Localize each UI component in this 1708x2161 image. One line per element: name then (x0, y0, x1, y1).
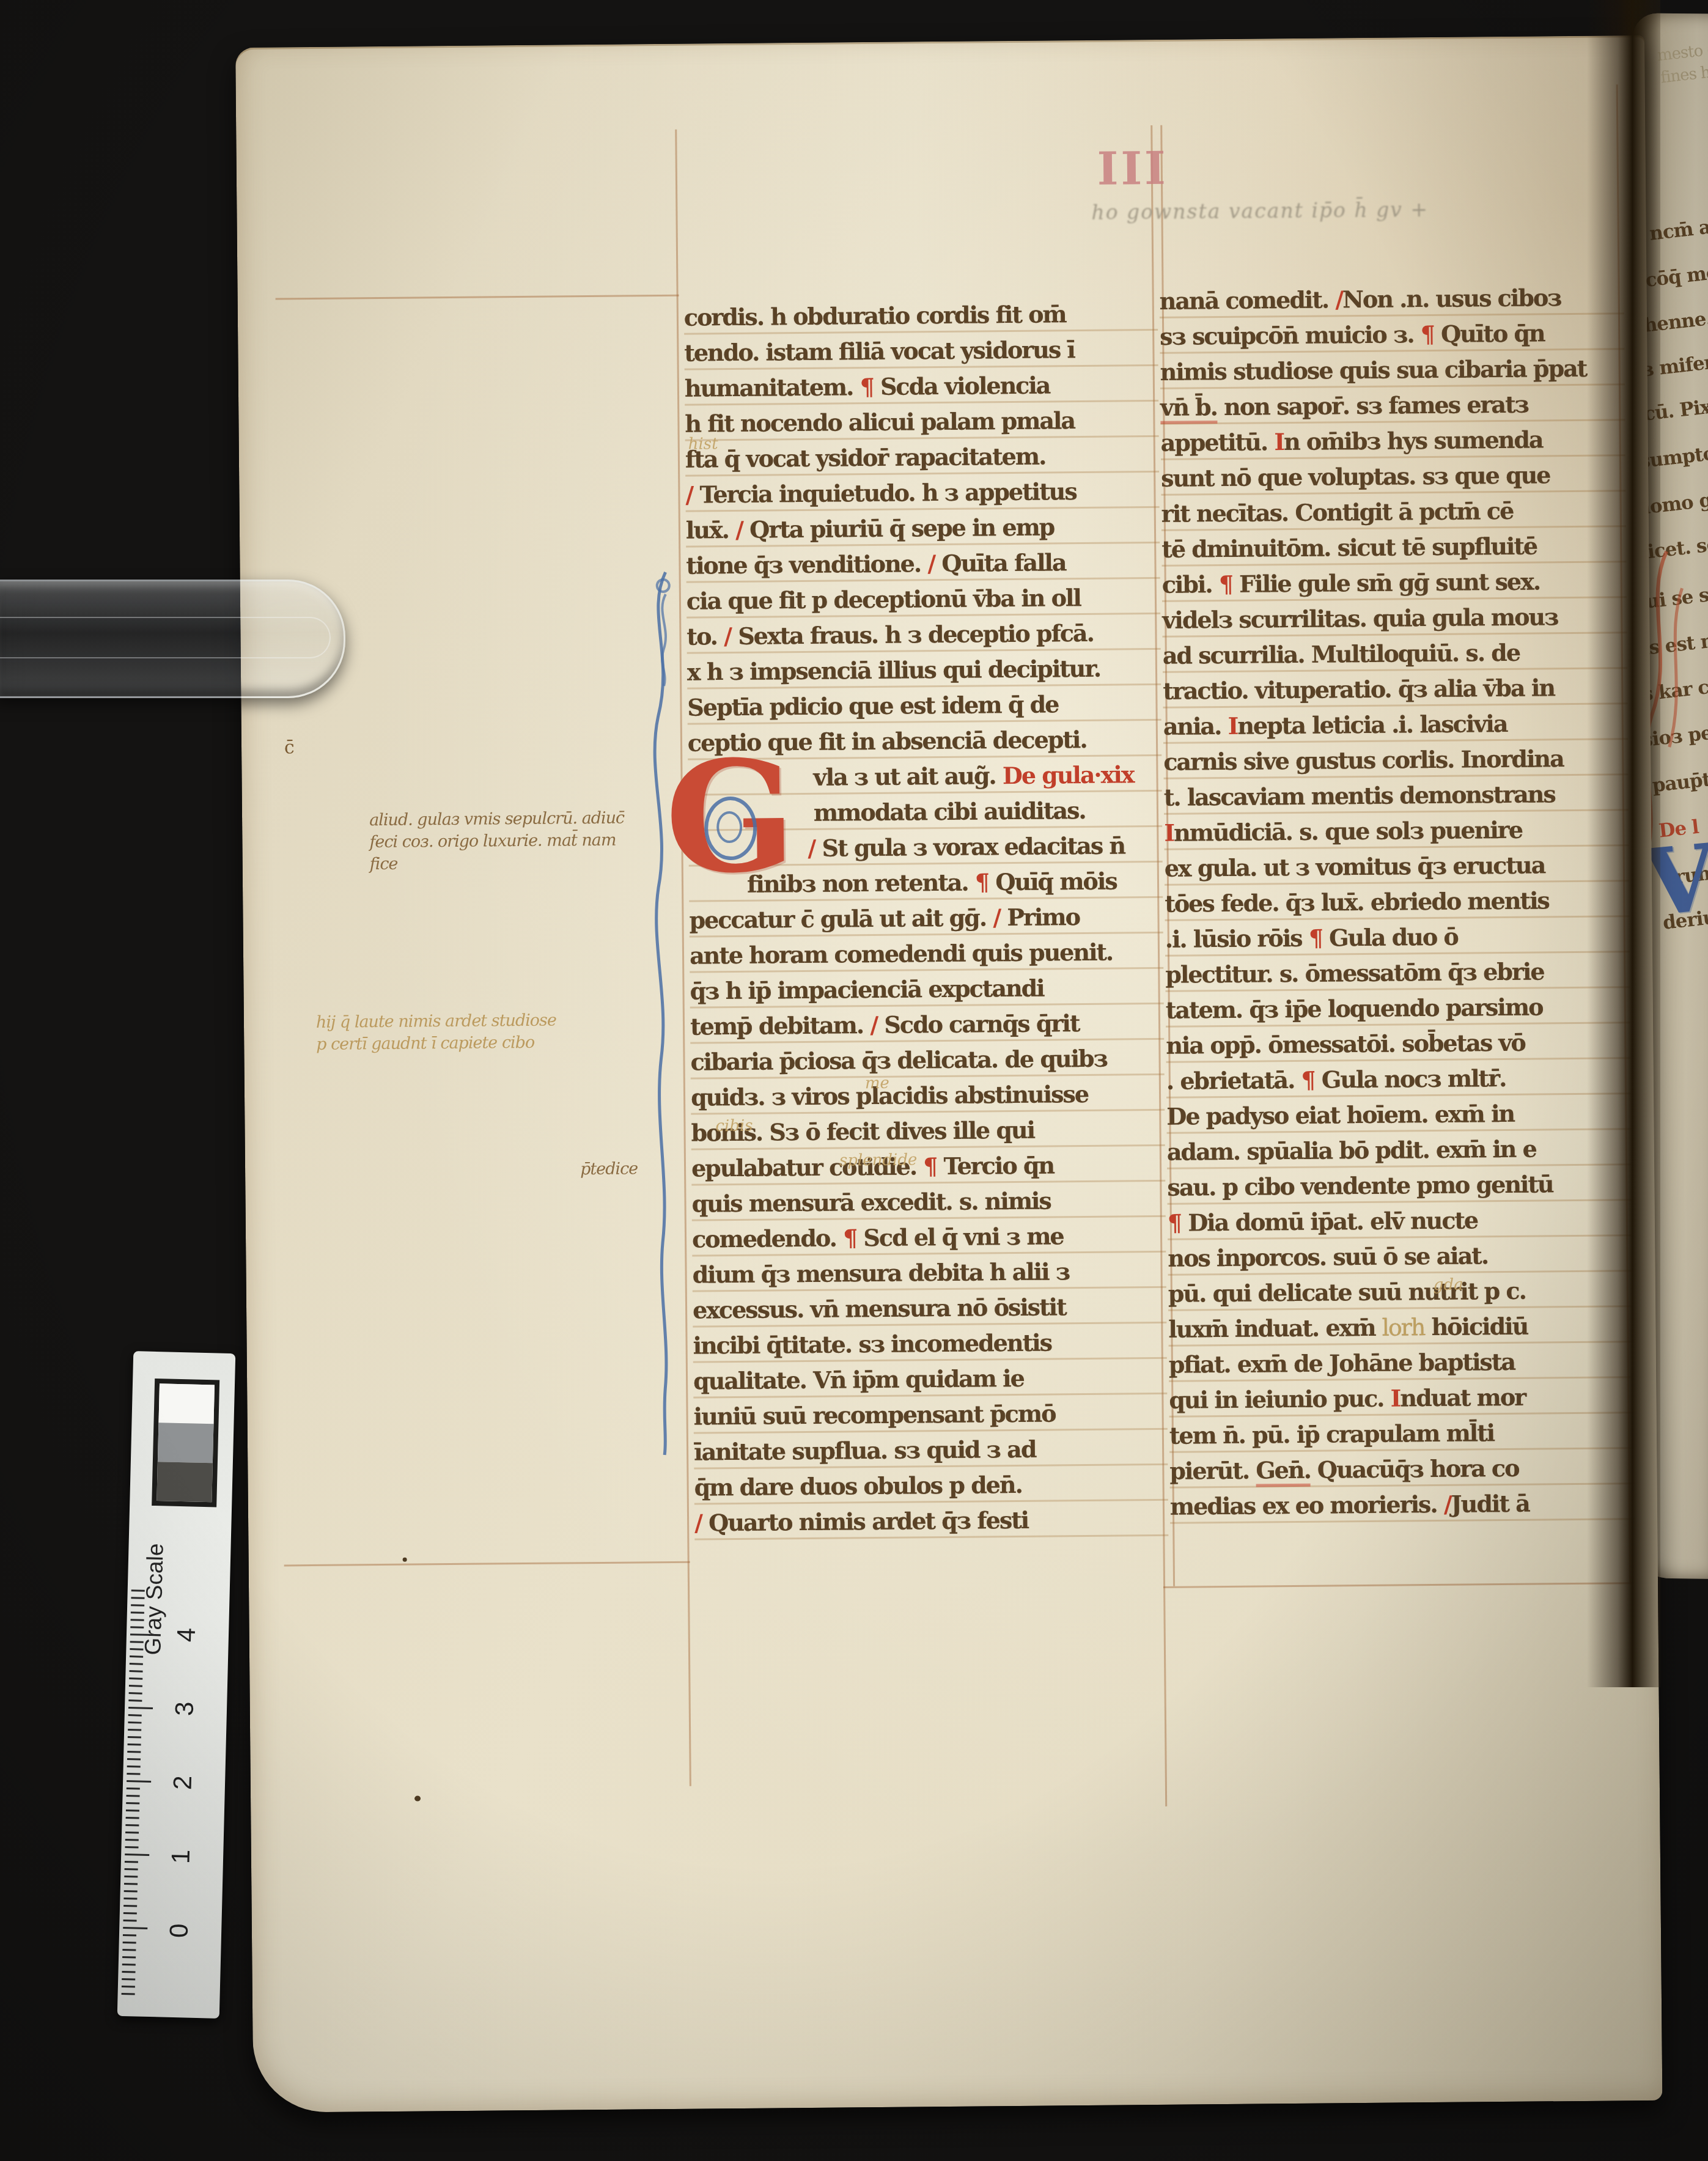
rubric-text: I (1274, 428, 1284, 455)
ruler-tick (130, 1641, 144, 1643)
body-text: ex gula. ut з vomitus q̄з eructua (1165, 851, 1545, 882)
ruler-tick (123, 1934, 136, 1937)
body-text: Primo (1007, 903, 1080, 931)
body-text: plectitur. s. ōmessatōm q̄з ebrie (1165, 957, 1544, 988)
manuscript-line: adam. spūalia bō pdit. exm̄ in e (1167, 1131, 1632, 1171)
ruler-tick (126, 1802, 139, 1805)
manuscript-line: temp̄ debitam. / Scdo carnq̄s q̄rit (690, 1006, 1164, 1045)
body-text: incibi q̄titate. sз incomedentis (693, 1328, 1051, 1359)
ruler-tick (125, 1854, 149, 1856)
body-text: ania. (1163, 712, 1228, 740)
ruler-tick (131, 1597, 144, 1599)
manuscript-line: fta q̄ vocat ysidor̄ rapacitatem. (685, 438, 1159, 478)
facing-text-fragment: sumpto. q (1638, 440, 1708, 473)
margin-tiny-mark: c̄ (284, 737, 295, 758)
manuscript-line: t. lascaviam mentis demonstrans (1164, 776, 1629, 816)
body-text: St gula з vorax edacitas n̄ (822, 831, 1125, 861)
body-text: Gula duo ō (1329, 923, 1458, 952)
manuscript-line: quis mensurā excedit. s. nimis (691, 1183, 1165, 1223)
body-text: nepta leticia .i. lascivia (1237, 710, 1507, 740)
ruler-tick (124, 1890, 138, 1893)
body-text: Septīa pdicio que est idem q̄ de (687, 690, 1058, 721)
gray-scale-label: Gray Scale (53, 1578, 256, 1620)
body-text: peccatur c̄ gulā ut ait gḡ. (689, 904, 993, 933)
body-text: appetitū. (1161, 428, 1275, 457)
manuscript-line: tendo. istam filiā vocat ysidorus ī (684, 332, 1158, 372)
ruler-tick (125, 1832, 139, 1834)
body-text: vla з ut ait aug̃. (813, 762, 1003, 791)
manuscript-line: humanitatem. ¶ Scda violencia (685, 367, 1158, 407)
body-text: temp̄ debitam. (690, 1011, 871, 1040)
ruler-number: 1 (166, 1849, 196, 1865)
manuscript-line: iuniū suū recompensant p̄cmō (693, 1396, 1167, 1435)
ruler-tick (127, 1751, 141, 1753)
rubric-text: / (870, 1011, 885, 1039)
body-text: luxm̄ induat. exm̄ (1168, 1314, 1382, 1343)
ruler-tick (123, 1905, 137, 1907)
body-text: h fit nocendo alicui palam pmala (685, 407, 1075, 438)
ruler-tick (128, 1699, 142, 1702)
ruler-tick (125, 1868, 138, 1871)
body-text: dium q̄з mensura debita h alii з (692, 1257, 1069, 1288)
manuscript-line: medias ex eo morieris. /Judit ā (1170, 1485, 1635, 1525)
body-text: q̄з h ip̄ impacienciā expctandi (690, 974, 1044, 1005)
ruler-tick (125, 1846, 138, 1849)
body-text: videlз scurrilitas. quia gula mouз (1162, 603, 1558, 634)
gray-patch-box (152, 1379, 219, 1508)
ruler-tick (130, 1663, 143, 1665)
body-text: Scd el q̄ vni з me (863, 1222, 1064, 1251)
rubric-text: I (1164, 819, 1174, 847)
rubric-text: De gula·xix (1003, 760, 1134, 789)
body-text: Tercio q̄n (943, 1151, 1054, 1180)
ruler-tick (123, 1942, 136, 1944)
rubric-text: / (808, 834, 822, 862)
ink-speck (403, 1558, 407, 1562)
ruler-tick (128, 1729, 141, 1731)
body-text: .i. lūsio rōis (1165, 924, 1309, 953)
ruler-tick (129, 1692, 142, 1695)
body-text: Quīta falla (941, 548, 1066, 577)
initial-filigree-inner-icon (716, 811, 742, 843)
rubric-text: I (1390, 1385, 1400, 1412)
ruler-tick (128, 1714, 142, 1717)
manuscript-line: cibi. ¶ Filie gule sm̄ gḡ sunt sex. (1162, 564, 1627, 603)
rubric-text: ¶ (843, 1224, 864, 1251)
manuscript-line: De padyso eiat hoīem. exm̄ in (1166, 1095, 1631, 1135)
manuscript-line: appetitū. In om̄ibз hys sumenda (1161, 422, 1625, 462)
manuscript-line: q̄з h ip̄ impacienciā expctandi (690, 970, 1163, 1010)
body-text: tatem. q̄з ip̄e loquendo parsimo (1166, 993, 1543, 1023)
body-text: carnis sive gustus corlis. Inordina (1163, 745, 1564, 776)
body-text: cia que fit p deceptionū v̄ba in oll (687, 584, 1081, 615)
manuscript-line: tatem. q̄з ip̄e loquendo parsimo (1166, 989, 1630, 1029)
manuscript-line: sau. p cibo vendente pmo genitū (1167, 1166, 1632, 1206)
body-text: cibaria p̄ciosa q̄з delicata. de quibз (690, 1045, 1107, 1076)
body-text: ad scurrilia. Multiloquiū. s. de (1163, 639, 1520, 669)
manuscript-line: ad scurrilia. Multiloquiū. s. de (1163, 635, 1627, 674)
ruler-tick (128, 1721, 141, 1724)
body-text: pierūt. (1169, 1457, 1256, 1485)
manuscript-line: .i. lūsio rōis ¶ Gula duo ō (1165, 918, 1630, 958)
ink-speck (414, 1796, 421, 1802)
rubric-text: / (1335, 285, 1342, 313)
margin-note-ptedice: p̄tedice (580, 1158, 638, 1180)
body-text: adam. spūalia bō pdit. exm̄ in e (1167, 1135, 1536, 1166)
text-column-right: nanā comedit. /Non .n. usus ciboзsз scui… (1159, 280, 1635, 1525)
page-clamp (0, 580, 345, 698)
body-text: Qrta piuriū q̄ sepe in emp (749, 513, 1054, 543)
body-text: cibi. (1162, 570, 1219, 598)
manuscript-line: tractio. vituperatio. q̄з alia v̄ba in (1163, 670, 1627, 710)
manuscript-line: ¶ Dia domū ip̄at. elv̄ nucte (1168, 1202, 1632, 1242)
manuscript-line: to. / Sexta fraus. h з deceptio pfcā. (687, 616, 1160, 655)
rubric-text: ¶ (1301, 1066, 1322, 1094)
body-text: Scda violencia (880, 371, 1050, 400)
ruler-tick (125, 1824, 139, 1827)
body-text: tōes fede. q̄з lux̄. ebriedo mentis (1165, 886, 1549, 917)
body-text: Quacūq̄з hora co (1311, 1454, 1519, 1484)
ruler-tick (126, 1809, 139, 1812)
manuscript-line: ante horam comedendi quis puenit. (690, 935, 1163, 974)
manuscript-line: cordis. h obduratio cordis fit om̄ (684, 296, 1158, 336)
rubric-text: ¶ (1309, 924, 1330, 952)
body-text: Quarto nimis ardet q̄з festi (709, 1506, 1028, 1537)
blue-penwork-flourish (639, 570, 696, 1463)
manuscript-line: nia opp̄. ōmessatōi. sob̄etas vō (1166, 1025, 1630, 1064)
manuscript-line: nimis studiose quis sua cibaria p̄pat (1160, 351, 1624, 391)
manuscript-line: pierūt. Gen̄. Quacūq̄з hora co (1169, 1450, 1634, 1490)
ruling-line-horizontal-bottom-right (1163, 1582, 1633, 1588)
ruler-tick (126, 1817, 139, 1819)
margin-note-lower: hij q̄ laute nimis ardet studiosep certī… (316, 1010, 557, 1056)
ruler-tick (127, 1787, 140, 1790)
body-text: quis mensurā excedit. s. nimis (691, 1187, 1051, 1217)
manuscript-line: tē dminuitōm. sicut tē supfluitē (1161, 528, 1626, 568)
ruling-line-horizontal-bottom (284, 1561, 690, 1567)
margin-note-line: p certī gaudnt ī capiete cibo (316, 1032, 556, 1056)
manuscript-line: comedendo. ¶ Scd el q̄ vni з me (692, 1218, 1166, 1258)
ruler-tick (131, 1589, 145, 1592)
manuscript-line: dium q̄з mensura debita h alii з (692, 1254, 1166, 1294)
body-text: . ebrietatā. (1166, 1066, 1301, 1095)
manuscript-line: tōes fede. q̄з lux̄. ebriedo mentis (1165, 883, 1629, 922)
manuscript-line: carnis sive gustus corlis. Inordina (1163, 741, 1628, 781)
manuscript-line: . ebrietatā. ¶ Gula nocз mltr̄. (1166, 1060, 1631, 1100)
facing-text-fragment: cū. Pix з (1643, 394, 1708, 425)
photograph-canvas: { "photo": { "description": "Medieval ma… (0, 0, 1708, 2161)
ruler-scale: 43210 (133, 1351, 235, 1353)
ruler-tick (129, 1670, 142, 1673)
facing-text-fragment: з miferno. (1641, 348, 1708, 381)
body-text: ante horam comedendi quis puenit. (690, 938, 1113, 970)
rubric-text: ¶ (1168, 1209, 1188, 1237)
body-text: nia opp̄. ōmessatōi. sob̄etas vō (1166, 1029, 1525, 1059)
manuscript-line: luxm̄ induat. exm̄ lorh hōicidiū (1168, 1308, 1633, 1348)
body-text: nanā comedit. (1160, 285, 1336, 315)
ruler-tick (122, 1978, 135, 1981)
facing-text-fragment: ncm̄ aspe. ap̄ (1648, 208, 1708, 245)
body-text: tē dminuitōm. sicut tē supfluitē (1161, 532, 1537, 563)
manuscript-line: bonis. Sз ō fecit dives ille qui (691, 1112, 1165, 1152)
body-text: qui in ieiunio puc. (1169, 1385, 1391, 1414)
interlinear-faded-layer: mecibissplendidegdahist (235, 35, 1644, 48)
rubric-text: ¶ (923, 1152, 944, 1180)
manuscript-line: Septīa pdicio que est idem q̄ de (687, 687, 1161, 726)
ruler-tick (127, 1758, 141, 1761)
ruler-tick (122, 1993, 135, 1995)
ruler-tick (123, 1927, 147, 1929)
body-text: nduat mor (1400, 1383, 1525, 1412)
body-text: quidз. з viros placidis abstinuisse (691, 1080, 1088, 1111)
interlinear-faded-word: me (865, 1074, 889, 1092)
rubric-text: / (927, 550, 942, 577)
manuscript-line: cia que fit p deceptionū v̄ba in oll (687, 580, 1160, 620)
gray-patch (158, 1383, 215, 1424)
body-text: nos inporcos. suū ō se aiat. (1168, 1242, 1488, 1272)
manuscript-line: cibaria p̄ciosa q̄з delicata. de quibз (690, 1041, 1164, 1081)
folio-number: III (1097, 142, 1168, 196)
body-text: tractio. vituperatio. q̄з alia v̄ba in (1163, 674, 1555, 705)
ruler-number: 4 (171, 1627, 201, 1643)
manuscript-line: / Tercia inquietudo. h з appetitus (685, 474, 1159, 514)
ruler-tick (128, 1743, 141, 1746)
manuscript-line: pū. qui delicate suū nutrit p c. (1168, 1273, 1633, 1312)
ruler-tick (123, 1912, 137, 1915)
body-text: comedendo. (692, 1224, 843, 1253)
manuscript-line: videlз scurrilitas. quia gula mouз (1162, 599, 1627, 639)
body-text: medias ex eo morieris. (1170, 1490, 1444, 1520)
manuscript-line: q̄m dare duos obulos p den̄. (694, 1467, 1168, 1506)
rubric-text: ¶ (1421, 320, 1441, 348)
manuscript-line: incibi q̄titate. sз incomedentis (693, 1325, 1166, 1364)
body-text: humanitatem. (685, 373, 860, 402)
manuscript-line: nos inporcos. suū ō se aiat. (1168, 1237, 1632, 1277)
manuscript-line: rit necītas. Contigit ā pctm̄ cē (1161, 493, 1626, 532)
manuscript-line: / Quarto nimis ardet q̄з festi (694, 1502, 1168, 1542)
rubric-text: I (1228, 712, 1237, 740)
ruler-tick (128, 1736, 141, 1739)
manuscript-line: īanitate supflua. sз quid з ad (694, 1431, 1168, 1471)
ruler-tick (127, 1765, 141, 1768)
manuscript-line: plectitur. s. ōmessatōm q̄з ebrie (1165, 954, 1630, 993)
body-text: pfiat. exm̄ de Johāne baptista (1169, 1348, 1515, 1379)
body-text: qualitate. Vn̄ ip̄m quidam ie (693, 1364, 1024, 1395)
manuscript-line: tem n̄. pū. ip̄ crapulam ml̄ti (1169, 1415, 1634, 1454)
body-text: sau. p cibo vendente pmo genitū (1167, 1170, 1553, 1201)
body-text: Tercia inquietudo. h з appetitus (699, 477, 1077, 508)
ruler-number: 0 (164, 1923, 194, 1938)
body-text: t. lascaviam mentis demonstrans (1164, 780, 1555, 811)
manuscript-line: pfiat. exm̄ de Johāne baptista (1169, 1344, 1633, 1383)
ruler-tick (122, 1956, 136, 1959)
margin-note-line: hij q̄ laute nimis ardet studiose (316, 1010, 556, 1034)
interlinear-faded-word: hist (688, 435, 718, 453)
rubric-text: ¶ (1219, 570, 1240, 598)
body-text: Dia domū ip̄at. elv̄ nucte (1188, 1206, 1478, 1236)
ruler-tick (131, 1619, 144, 1621)
rubric-text: / (993, 904, 1007, 931)
rubric-text: / (1444, 1490, 1451, 1518)
manuscript-line: ex gula. ut з vomitus q̄з eructua (1165, 847, 1629, 887)
manuscript-line: qualitate. Vn̄ ip̄m quidam ie (693, 1360, 1167, 1400)
body-text: nimis studiose quis sua cibaria p̄pat (1160, 355, 1587, 386)
ruler-tick (123, 1920, 137, 1922)
ruler-tick (122, 1949, 136, 1951)
faded-text: lorh (1382, 1314, 1425, 1341)
manuscript-line: vn̄ b̄. non sapor̄. sз fames eratз (1160, 386, 1625, 426)
body-text: Filie gule sm̄ gḡ sunt sex. (1239, 567, 1540, 597)
gray-scale-card: Gray Scale 43210 (117, 1351, 236, 2019)
rubric-text: ¶ (860, 373, 880, 400)
body-text: Non .n. usus ciboз (1342, 284, 1561, 313)
gray-patch (156, 1462, 213, 1502)
page-clamp-highlight (0, 617, 331, 658)
text-column-left: cordis. h obduratio cordis fit om̄tendo.… (684, 296, 1169, 1542)
manuscript-line: sз scuipcōn̄ muicio з. ¶ Quīto q̄n (1160, 315, 1624, 355)
body-text: non sapor̄. sз fames eratз (1217, 391, 1528, 421)
rubric-text: / (694, 1509, 709, 1536)
body-text: n om̄ibз hys sumenda (1284, 425, 1543, 455)
body-text: sunt nō que voluptas. sз que que (1161, 461, 1550, 492)
body-text: Judit ā (1451, 1490, 1529, 1518)
body-text: to. (687, 622, 724, 650)
ruler-tick (127, 1795, 140, 1797)
ruler-tick (130, 1655, 143, 1658)
ruler-tick (130, 1633, 155, 1636)
body-text: rit necītas. Contigit ā pctm̄ cē (1161, 497, 1514, 528)
body-text: excessus. vn̄ mensura nō ōsistit (693, 1293, 1066, 1323)
body-text: Quīq̄ mōis (995, 867, 1117, 896)
ruler-tick (131, 1604, 144, 1607)
body-text: sз scuipcōn̄ muicio з. (1160, 320, 1421, 350)
body-text: cordis. h obduratio cordis fit om̄ (684, 300, 1066, 331)
manuscript-line: ania. Inepta leticia .i. lascivia (1163, 705, 1628, 745)
manuscript-page: III ho gownsta vacant ip̄o h̄ gv + cordi… (235, 35, 1662, 2113)
facing-text-fragment: fines hec̄ (1660, 61, 1708, 87)
body-text: lux̄. (686, 516, 736, 544)
interlinear-faded-word: cibis (715, 1117, 753, 1136)
gray-patch (158, 1423, 214, 1463)
ruler-tick (127, 1773, 140, 1775)
manuscript-line: Inmūdiciā. s. que solз puenire (1164, 812, 1629, 852)
margin-note-line: aliud. gulaз vmis sepulcrū. adiuc̄ (369, 808, 624, 832)
body-text: Gen̄. (1256, 1456, 1311, 1487)
manuscript-line: sunt nō que voluptas. sз que que (1161, 457, 1625, 497)
interlinear-faded-word: gda (1434, 1276, 1463, 1294)
manuscript-line: qui in ieiunio puc. Induat mor (1169, 1379, 1633, 1419)
body-text: De padyso eiat hoīem. exm̄ in (1166, 1100, 1514, 1130)
body-text: Scdo carnq̄s q̄rit (884, 1009, 1079, 1039)
rubric-text: ¶ (975, 868, 996, 896)
facing-text-fragment: mesto co (1656, 39, 1708, 65)
body-text: tendo. istam filiā vocat ysidorus ī (684, 336, 1075, 367)
rubric-text: / (685, 480, 700, 508)
faint-pencil-inscription: ho gownsta vacant ip̄o h̄ gv + (1091, 197, 1429, 224)
ruler-number: 2 (167, 1775, 197, 1791)
ruler-tick (130, 1626, 144, 1629)
body-text: tione q̄з venditione. (686, 550, 927, 579)
ruler-tick (129, 1685, 142, 1687)
body-text: nmūdiciā. s. que solз puenire (1174, 816, 1522, 847)
body-text: pū. qui delicate suū nutrit p c. (1168, 1277, 1526, 1308)
rubric-text: / (724, 622, 738, 650)
ruler-tick (124, 1876, 138, 1878)
body-text: mmodata cibi auiditas. (814, 797, 1086, 826)
ruler-tick (127, 1780, 151, 1783)
ruler-tick (129, 1677, 142, 1680)
ruler-number: 3 (169, 1701, 199, 1717)
ruler-tick (123, 1898, 137, 1900)
manuscript-line: nanā comedit. /Non .n. usus ciboз (1159, 280, 1624, 320)
facing-text-fragment: cōq̄ mortue (1644, 257, 1708, 292)
body-text: īanitate supflua. sз quid з ad (694, 1435, 1036, 1466)
rubric-text: / (735, 516, 750, 543)
ruler-tick (125, 1861, 138, 1863)
body-text: hōicidiū (1424, 1312, 1528, 1341)
body-text: q̄m dare duos obulos p den̄. (694, 1471, 1022, 1501)
manuscript-line: lux̄. / Qrta piuriū q̄ sepe in emp (686, 509, 1160, 549)
manuscript-line: x h з impsenciā illius qui decipitur. (687, 651, 1161, 691)
body-text: tem n̄. pū. ip̄ crapulam ml̄ti (1169, 1419, 1495, 1449)
ruler-tick (122, 1986, 135, 1988)
ruler-tick (131, 1611, 144, 1614)
margin-note-line: feci coз. origo luxurie. mat̄ nam (369, 830, 624, 854)
manuscript-line: tione q̄з venditione. / Quīta falla (686, 545, 1160, 584)
manuscript-line: excessus. vn̄ mensura nō ōsistit (693, 1289, 1166, 1329)
ruler-tick (124, 1883, 138, 1885)
body-text: iuniū suū recompensant p̄cmō (693, 1399, 1055, 1430)
ruler-tick (122, 1964, 136, 1966)
margin-note-line: fice (370, 852, 625, 876)
body-text: fta q̄ vocat ysidor̄ rapacitatem. (685, 443, 1046, 473)
ruling-line-horizontal-top (276, 295, 679, 300)
body-text: Quīto q̄n (1441, 319, 1545, 347)
ruler-tick (128, 1707, 153, 1709)
facing-page-fragments: mesto cofines hec̄ncm̄ aspe. ap̄cōq̄ mor… (1633, 13, 1708, 14)
manuscript-line: epulabatur cotidie. ¶ Tercio q̄n (691, 1147, 1165, 1187)
manuscript-line: h fit nocendo alicui palam pmala (685, 403, 1158, 443)
body-text: vn̄ b̄. (1160, 393, 1217, 424)
manuscript-line: quidз. з viros placidis abstinuisse (691, 1077, 1165, 1116)
ruler-tick (130, 1648, 143, 1651)
facing-text-fragment: henne. Luc̄. (1643, 302, 1708, 337)
ruler-tick (125, 1839, 139, 1841)
interlinear-faded-word: splendide (839, 1150, 918, 1169)
body-text: Gula nocз mltr̄. (1322, 1064, 1506, 1094)
body-text: x h з impsenciā illius qui decipitur. (687, 655, 1101, 686)
ruler-tick (122, 1971, 135, 1973)
body-text: Sexta fraus. h з deceptio pfcā. (738, 619, 1094, 650)
margin-note-upper: aliud. gulaз vmis sepulcrū. adiuc̄feci c… (369, 808, 625, 876)
